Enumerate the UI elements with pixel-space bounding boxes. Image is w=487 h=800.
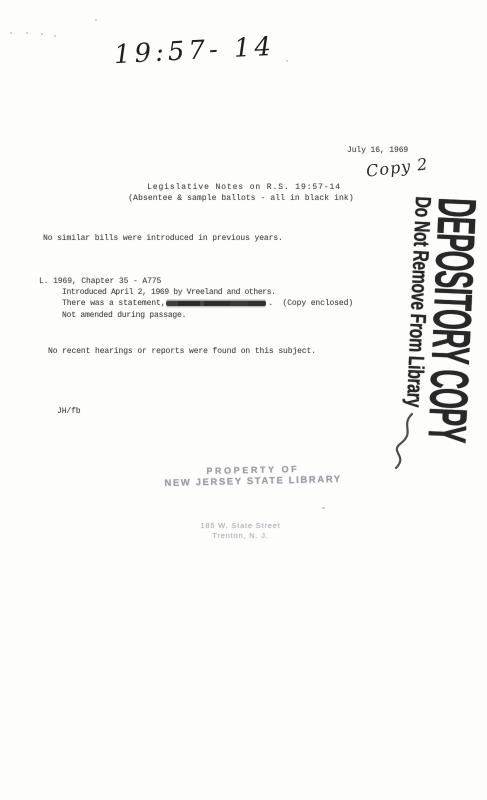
redaction-strike-blob: [166, 301, 266, 306]
scan-speck: [26, 32, 28, 34]
pen-mark: [390, 412, 416, 470]
chapter-introduced-line: Introduced April 2, 1969 by Vreeland and…: [62, 288, 276, 297]
paragraph-no-hearings: No recent hearings or reports were found…: [48, 347, 316, 356]
scan-speck: [41, 33, 43, 35]
typed-date: July 16, 1969: [347, 146, 408, 155]
address-line2: Trenton, N. J.: [163, 531, 318, 541]
chapter-heading: L. 1969, Chapter 35 - A775: [39, 277, 161, 286]
handwritten-copy-note: Copy 2: [365, 154, 429, 180]
scan-speck: [286, 60, 288, 62]
chapter-statement-line: There was a statement,. (Copy enclosed): [62, 299, 353, 308]
document-title-line2: (Absentee & sample ballots - all in blac…: [108, 194, 374, 203]
scan-speck: [10, 32, 12, 34]
document-title-line1: Legislative Notes on R.S. 19:57-14: [118, 183, 370, 192]
statement-text-suffix: . (Copy enclosed): [268, 299, 353, 308]
library-address-stamp: 185 W. State Street Trenton, N. J.: [163, 521, 318, 541]
paragraph-no-similar-bills: No similar bills were introduced in prev…: [43, 234, 283, 243]
statement-text-prefix: There was a statement,: [62, 299, 165, 308]
scan-speck: [54, 35, 56, 37]
scanned-document-page: 19:57- 14 July 16, 1969 Copy 2 Legislati…: [0, 0, 487, 800]
handwritten-statute-number: 19:57- 14: [113, 32, 275, 70]
scan-speck: [95, 19, 97, 21]
typist-initials: JH/fb: [57, 407, 81, 416]
property-of-library-stamp: PROPERTY OF NEW JERSEY STATE LIBRARY: [148, 463, 358, 490]
scan-speck: [322, 507, 325, 509]
chapter-amended-line: Not amended during passage.: [62, 311, 186, 320]
address-line1: 185 W. State Street: [163, 521, 318, 531]
